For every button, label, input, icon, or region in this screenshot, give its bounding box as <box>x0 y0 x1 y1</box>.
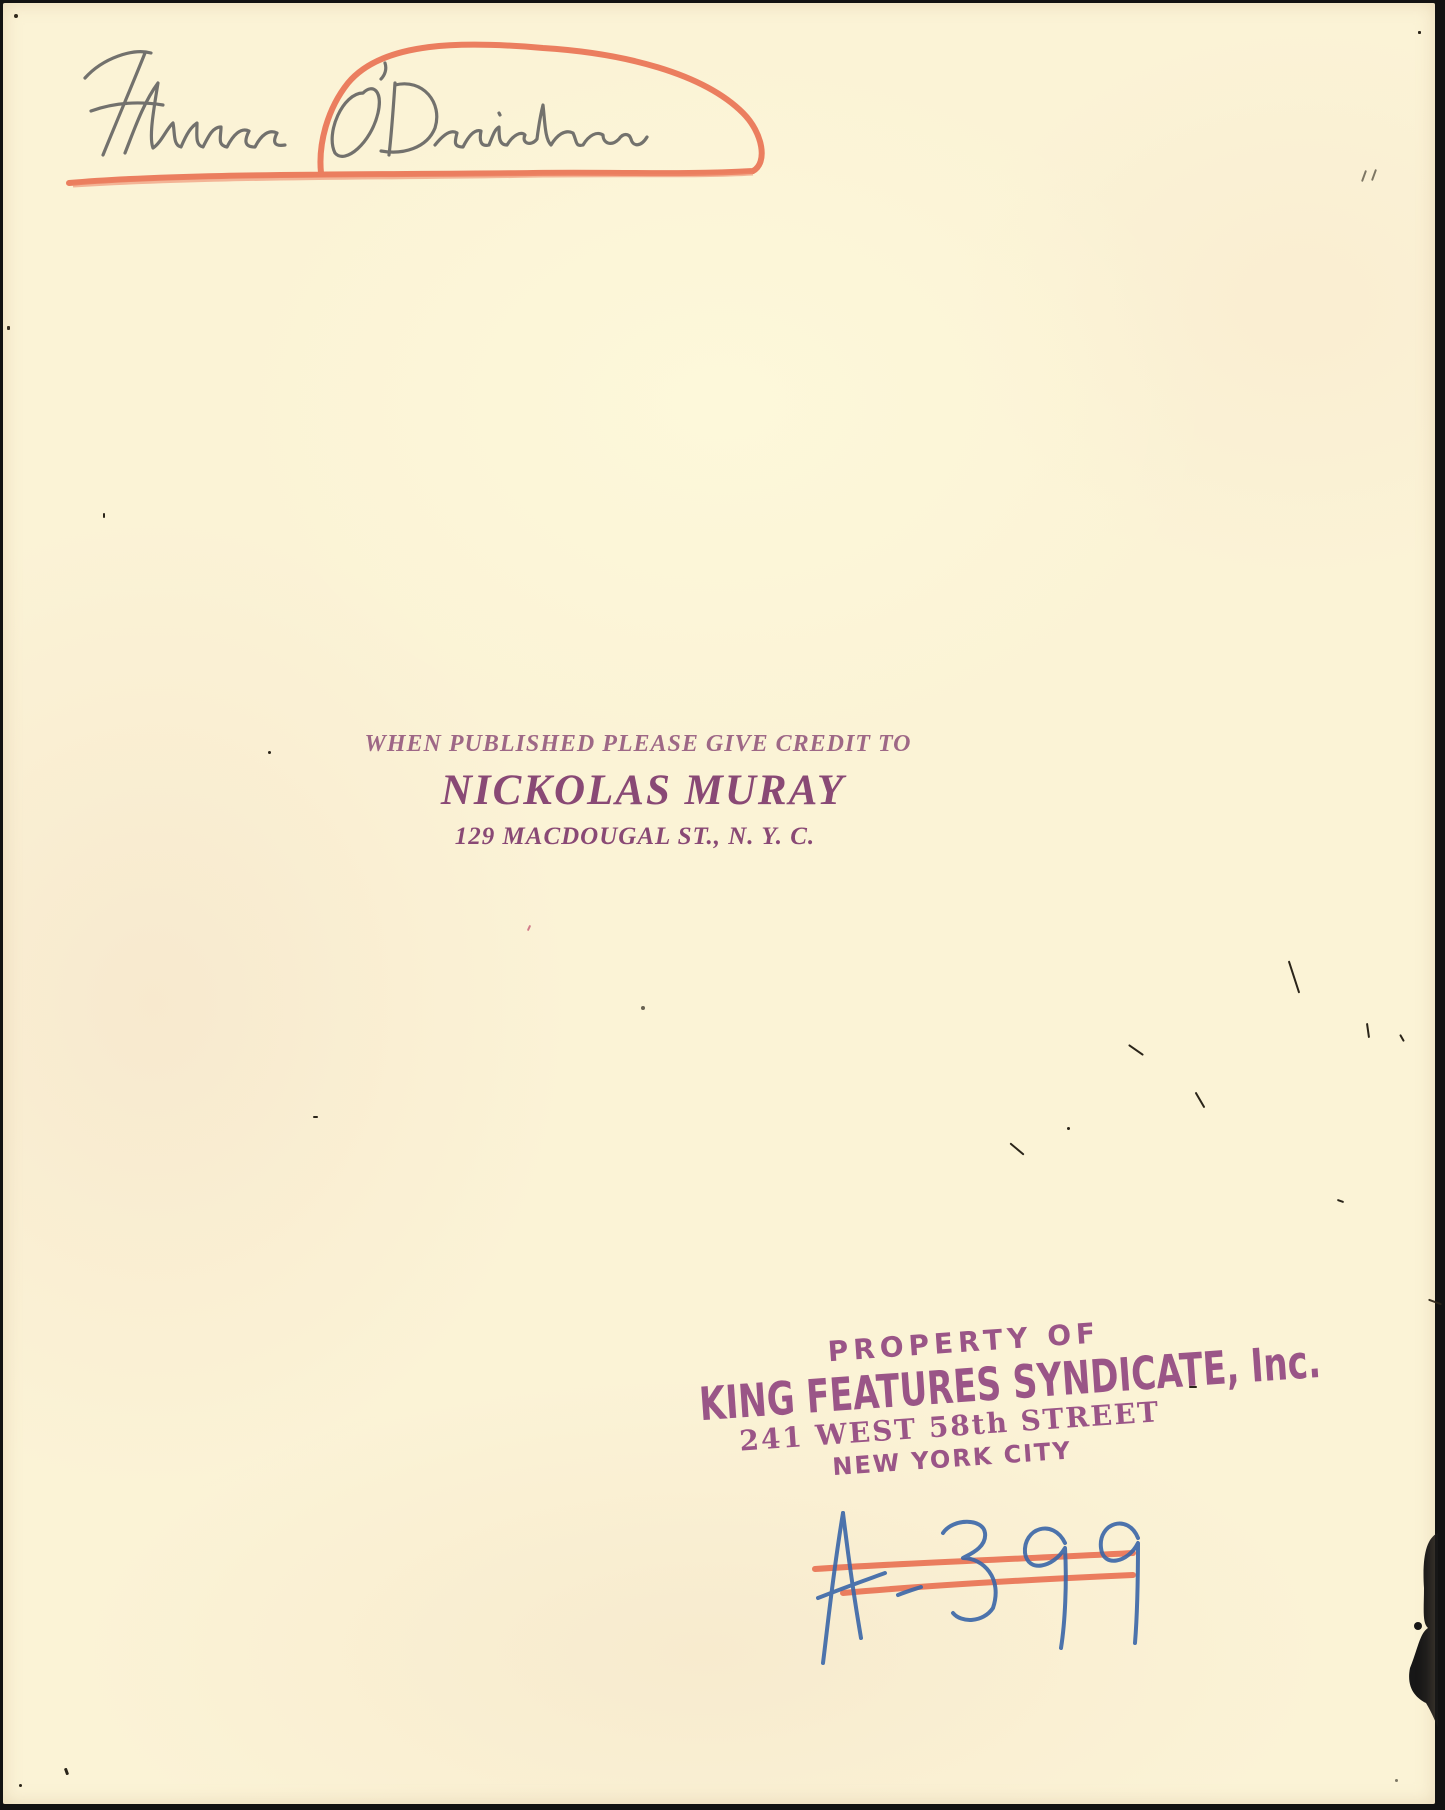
catalog-number-strokes <box>803 1503 1183 1683</box>
dust-speck <box>14 14 18 18</box>
dust-speck <box>1371 169 1377 181</box>
dust-speck <box>1009 1142 1024 1155</box>
dust-speck <box>1067 1127 1070 1130</box>
dust-speck <box>527 925 531 931</box>
dust-speck <box>1288 961 1300 994</box>
dust-speck <box>1128 1044 1144 1056</box>
dust-speck <box>1361 170 1367 182</box>
dust-speck <box>641 1006 645 1010</box>
dust-speck <box>1366 1023 1370 1038</box>
dust-speck <box>103 513 105 518</box>
dust-speck <box>313 1116 318 1118</box>
credit-instruction: WHEN PUBLISHED PLEASE GIVE CREDIT TO <box>293 731 983 758</box>
dust-speck <box>1195 1092 1206 1109</box>
handwritten-name-annotation: Florence O'Denishawn <box>63 23 813 193</box>
photographer-credit-stamp: WHEN PUBLISHED PLEASE GIVE CREDIT TO NIC… <box>303 731 983 851</box>
catalog-number-annotation: A-399 <box>803 1503 1183 1683</box>
dust-speck <box>1189 1386 1197 1388</box>
dust-speck <box>1399 1034 1405 1042</box>
photographer-address: 129 MACDOUGAL ST., N. Y. C. <box>287 823 983 851</box>
dust-speck <box>1395 1779 1398 1782</box>
dust-speck <box>1418 31 1421 34</box>
photo-back-paper: Florence O'Denishawn WHEN PUBLISHED PLEA… <box>3 3 1435 1804</box>
handwriting-strokes <box>63 23 813 193</box>
dust-speck <box>64 1768 69 1776</box>
dust-speck <box>19 1784 22 1787</box>
ownership-stamp: PROPERTY OF KING FEATURES SYNDICATE, Inc… <box>649 1309 1218 1494</box>
dust-speck <box>1337 1199 1344 1203</box>
photographer-name: NICKOLAS MURAY <box>303 766 983 815</box>
dust-speck <box>7 326 10 330</box>
dust-speck <box>268 751 271 754</box>
edge-stain <box>1398 1528 1438 1728</box>
